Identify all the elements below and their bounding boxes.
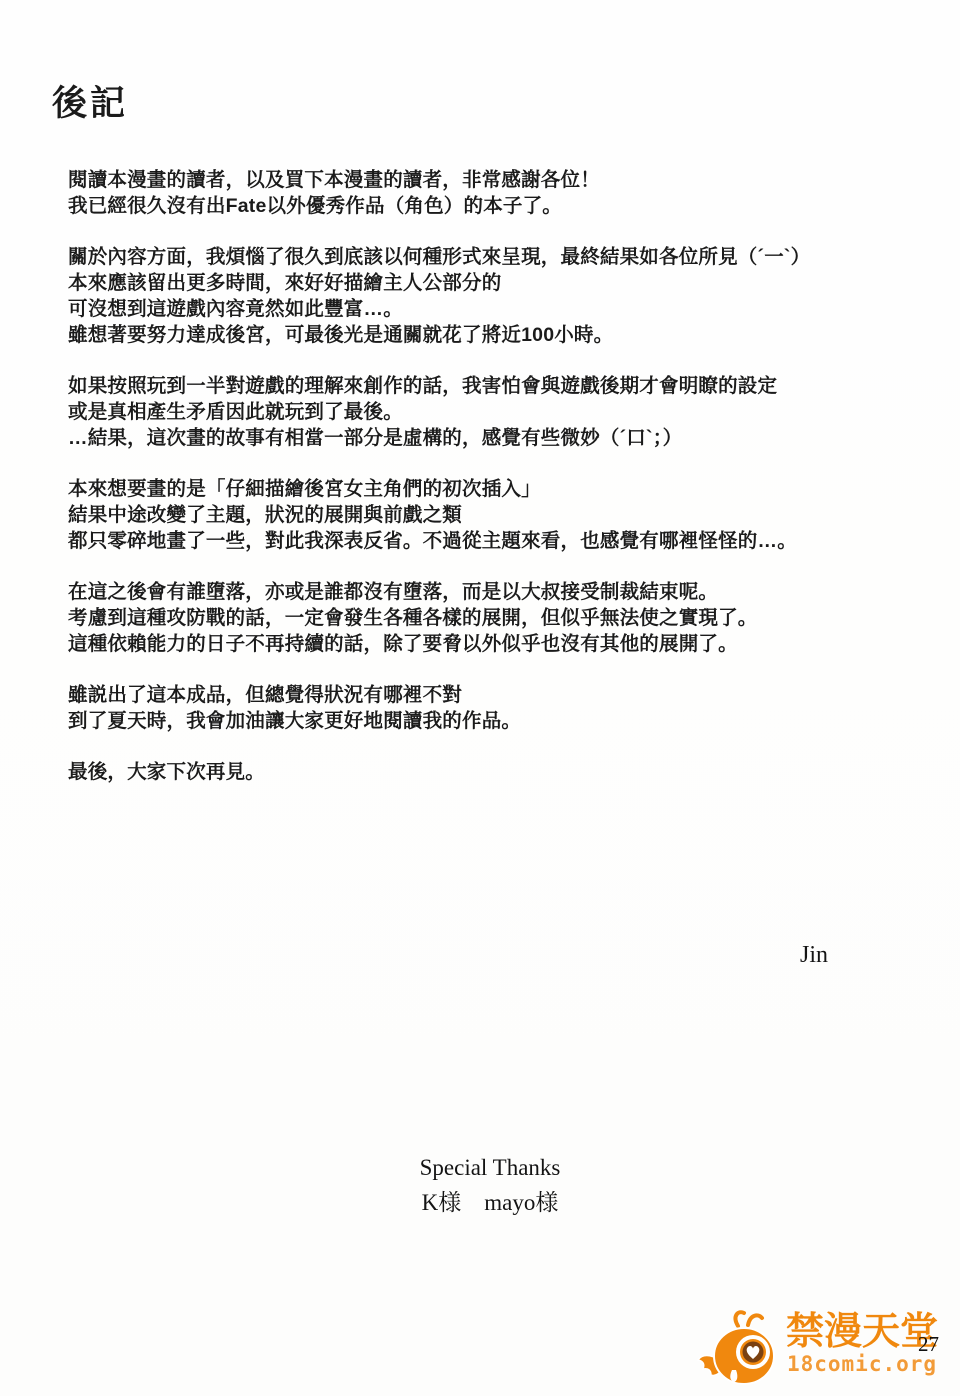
afterword-paragraph: 關於內容方面，我煩惱了很久到底該以何種形式來呈現，最終結果如各位所見（´一`） …: [68, 244, 933, 348]
text-line: 可沒想到這遊戲內容竟然如此豐富…。: [68, 296, 933, 322]
afterword-paragraph: 如果按照玩到一半對遊戲的理解來創作的話，我害怕會與遊戲後期才會明瞭的設定 或是真…: [68, 373, 933, 451]
special-thanks-heading: Special Thanks: [345, 1150, 635, 1185]
text-line: …結果，這次畫的故事有相當一部分是虛構的，感覺有些微妙（´口`；）: [68, 425, 933, 451]
text-line: 閱讀本漫畫的讀者，以及買下本漫畫的讀者，非常感謝各位！: [68, 167, 933, 193]
text-line: 我已經很久沒有出Fate以外優秀作品（角色）的本子了。: [68, 193, 933, 219]
afterword-paragraph: 本來想要畫的是「仔細描繪後宮女主角們的初次插入」 結果中途改變了主題，狀況的展開…: [68, 476, 933, 554]
afterword-page: 後記 閱讀本漫畫的讀者，以及買下本漫畫的讀者，非常感謝各位！ 我已經很久沒有出F…: [0, 0, 960, 1396]
text-line: 關於內容方面，我煩惱了很久到底該以何種形式來呈現，最終結果如各位所見（´一`）: [68, 244, 933, 270]
jm-mascot-icon: [696, 1304, 784, 1396]
watermark-logo: 禁漫天堂 18comic.org: [696, 1304, 938, 1396]
special-thanks: Special Thanks K様 mayo様: [345, 1150, 635, 1220]
text-line: 雖想著要努力達成後宮，可最後光是通關就花了將近100小時。: [68, 322, 933, 348]
afterword-paragraph: 在這之後會有誰墮落，亦或是誰都沒有墮落，而是以大叔接受制裁結束呢。 考慮到這種攻…: [68, 579, 933, 657]
text-line: 雖説出了這本成品，但總覺得狀況有哪裡不對: [68, 682, 933, 708]
text-line: 在這之後會有誰墮落，亦或是誰都沒有墮落，而是以大叔接受制裁結束呢。: [68, 579, 933, 605]
page-title: 後記: [52, 76, 128, 126]
afterword-body: 閱讀本漫畫的讀者，以及買下本漫畫的讀者，非常感謝各位！ 我已經很久沒有出Fate…: [68, 167, 933, 810]
text-line: 如果按照玩到一半對遊戲的理解來創作的話，我害怕會與遊戲後期才會明瞭的設定: [68, 373, 933, 399]
watermark-site-url: 18comic.org: [786, 1353, 938, 1375]
afterword-paragraph: 閱讀本漫畫的讀者，以及買下本漫畫的讀者，非常感謝各位！ 我已經很久沒有出Fate…: [68, 167, 933, 219]
afterword-paragraph: 最後，大家下次再見。: [68, 759, 933, 785]
text-line: 到了夏天時，我會加油讓大家更好地閱讀我的作品。: [68, 708, 933, 734]
text-line: 本來想要畫的是「仔細描繪後宮女主角們的初次插入」: [68, 476, 933, 502]
afterword-paragraph: 雖説出了這本成品，但總覺得狀況有哪裡不對 到了夏天時，我會加油讓大家更好地閱讀我…: [68, 682, 933, 734]
text-line: 結果中途改變了主題，狀況的展開與前戲之類: [68, 502, 933, 528]
text-line: 本來應該留出更多時間，來好好描繪主人公部分的: [68, 270, 933, 296]
text-line: 考慮到這種攻防戰的話，一定會發生各種各樣的展開，但似乎無法使之實現了。: [68, 605, 933, 631]
text-line: 或是真相產生矛盾因此就玩到了最後。: [68, 399, 933, 425]
text-line: 都只零碎地畫了一些，對此我深表反省。不過從主題來看，也感覺有哪裡怪怪的…。: [68, 528, 933, 554]
text-line: 最後，大家下次再見。: [68, 759, 933, 785]
author-signature: Jin: [800, 942, 828, 969]
page-number: 27: [918, 1332, 939, 1357]
watermark-site-name: 禁漫天堂: [786, 1312, 938, 1352]
special-thanks-names: K様 mayo様: [345, 1185, 635, 1220]
text-line: 這種依賴能力的日子不再持續的話，除了要脅以外似乎也沒有其他的展開了。: [68, 631, 933, 657]
